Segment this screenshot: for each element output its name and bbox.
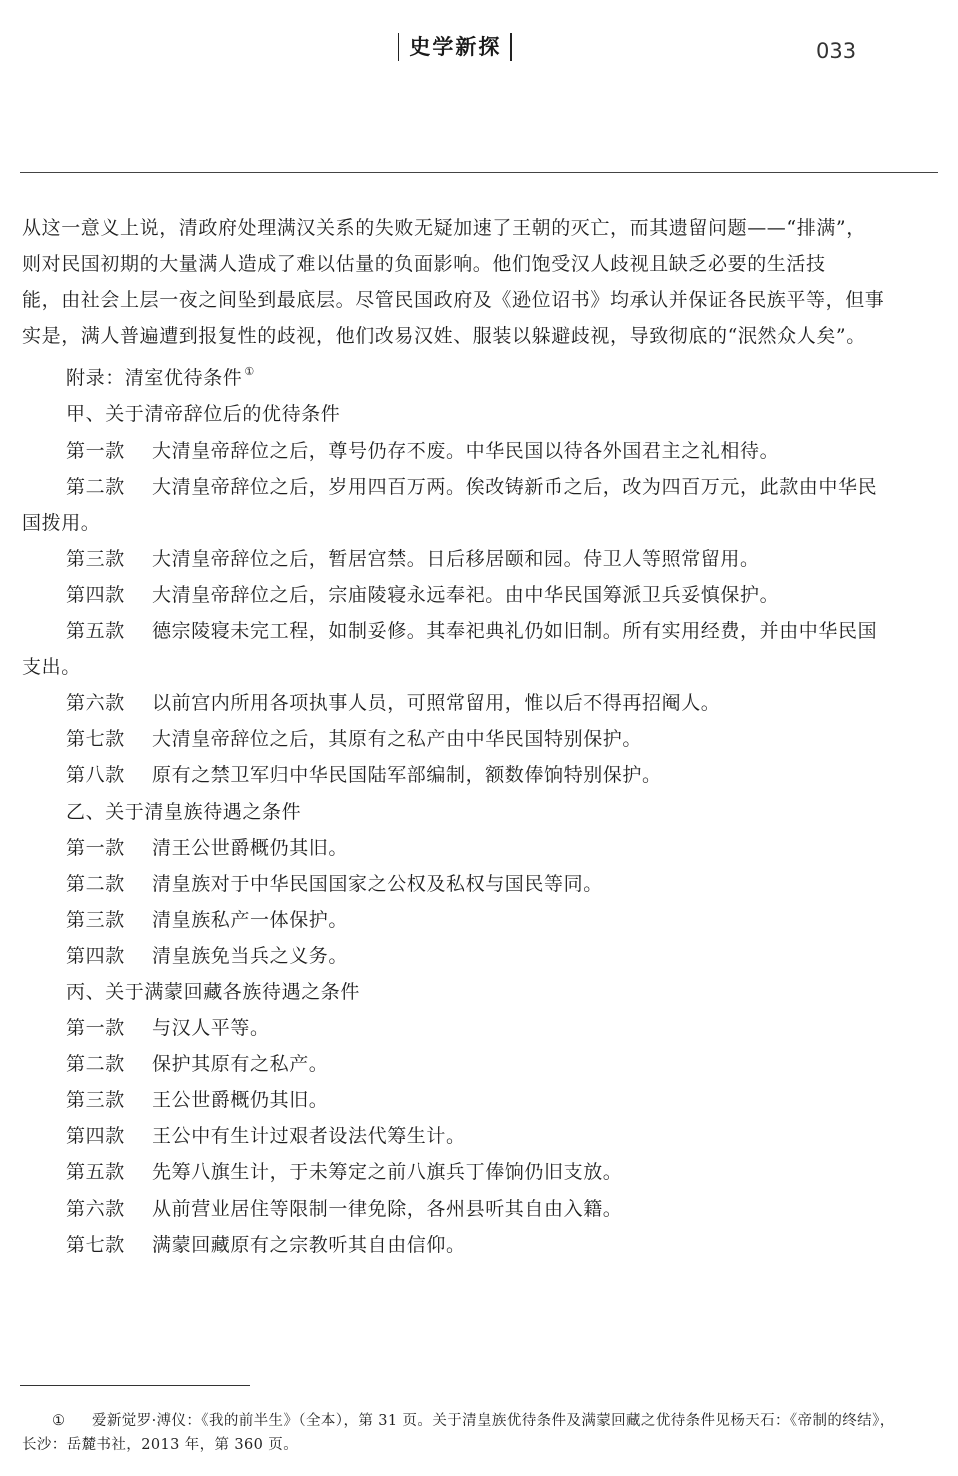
intro-line: 则对民国初期的大量满人造成了难以估量的负面影响。他们饱受汉人歧视且缺乏必要的生活… xyxy=(22,246,938,282)
appendix-title: 附录：清室优待条件① xyxy=(22,354,938,396)
clause-label: 第一款 xyxy=(66,433,152,469)
footnotes: ①爱新觉罗·溥仪：《我的前半生》（全本），第 31 页。关于清皇族优待条件及满蒙… xyxy=(22,1409,938,1457)
clause: 第八款原有之禁卫军归中华民国陆军部编制，额数俸饷特别保护。 xyxy=(22,757,938,793)
clause: 第六款以前宫内所用各项执事人员，可照常留用，惟以后不得再招阉人。 xyxy=(22,685,938,721)
clause: 第三款王公世爵概仍其旧。 xyxy=(22,1082,938,1118)
page-number: 033 xyxy=(816,39,856,63)
clause-text: 保护其原有之私产。 xyxy=(152,1053,328,1075)
clause-text: 清皇族对于中华民国国家之公权及私权与国民等同。 xyxy=(152,873,603,895)
footnote-mark: ① xyxy=(22,1409,74,1433)
clause-text: 先筹八旗生计，于未筹定之前八旗兵丁俸饷仍旧支放。 xyxy=(152,1161,622,1183)
clause-label: 第一款 xyxy=(66,830,152,866)
clause: 第三款清皇族私产一体保护。 xyxy=(22,902,938,938)
clause: 第二款保护其原有之私产。 xyxy=(22,1046,938,1082)
clause-text: 王公世爵概仍其旧。 xyxy=(152,1089,328,1111)
clause-label: 第三款 xyxy=(66,902,152,938)
clause-label: 第四款 xyxy=(66,577,152,613)
clause-label: 第七款 xyxy=(66,1227,152,1263)
clause-text: 原有之禁卫军归中华民国陆军部编制，额数俸饷特别保护。 xyxy=(152,764,662,786)
footnote-continuation: 长沙：岳麓书社，2013 年，第 360 页。 xyxy=(22,1433,938,1457)
clause-text: 大清皇帝辞位之后，其原有之私产由中华民国特别保护。 xyxy=(152,728,642,750)
body-text: 从这一意义上说，清政府处理满汉关系的失败无疑加速了王朝的灭亡，而其遗留问题——“… xyxy=(22,210,938,1263)
clause: 第七款满蒙回藏原有之宗教听其自由信仰。 xyxy=(22,1227,938,1263)
clause: 第一款与汉人平等。 xyxy=(22,1010,938,1046)
clause-text: 以前宫内所用各项执事人员，可照常留用，惟以后不得再招阉人。 xyxy=(152,692,720,714)
clause-label: 第五款 xyxy=(66,1154,152,1190)
section-heading: 丙、关于满蒙回藏各族待遇之条件 xyxy=(22,974,938,1010)
clause-text: 与汉人平等。 xyxy=(152,1017,270,1039)
clause-text: 大清皇帝辞位之后，宗庙陵寝永远奉祀。由中华民国筹派卫兵妥慎保护。 xyxy=(152,584,779,606)
clause-text: 清皇族私产一体保护。 xyxy=(152,909,348,931)
clause-text: 满蒙回藏原有之宗教听其自由信仰。 xyxy=(152,1234,466,1256)
footnote-text: 爱新觉罗·溥仪：《我的前半生》（全本），第 31 页。关于清皇族优待条件及满蒙回… xyxy=(74,1413,895,1429)
clause-label: 第二款 xyxy=(66,866,152,902)
clause-text: 德宗陵寝未完工程，如制妥修。其奉祀典礼仍如旧制。所有实用经费，并由中华民国 xyxy=(152,620,877,642)
section-heading: 甲、关于清帝辞位后的优待条件 xyxy=(22,396,938,432)
section-heading: 乙、关于清皇族待遇之条件 xyxy=(22,794,938,830)
intro-line: 实是，满人普遍遭到报复性的歧视，他们改易汉姓、服装以躲避歧视，导致彻底的“泯然众… xyxy=(22,318,938,354)
clause-label: 第四款 xyxy=(66,938,152,974)
clause-text: 清王公世爵概仍其旧。 xyxy=(152,837,348,859)
clause: 第四款王公中有生计过艰者设法代筹生计。 xyxy=(22,1118,938,1154)
clause-label: 第三款 xyxy=(66,1082,152,1118)
clause-label: 第二款 xyxy=(66,1046,152,1082)
clause: 第一款清王公世爵概仍其旧。 xyxy=(22,830,938,866)
clause: 第二款大清皇帝辞位之后，岁用四百万两。俟改铸新币之后，改为四百万元，此款由中华民 xyxy=(22,469,938,505)
clause: 第七款大清皇帝辞位之后，其原有之私产由中华民国特别保护。 xyxy=(22,721,938,757)
clause: 第三款大清皇帝辞位之后，暂居宫禁。日后移居颐和园。侍卫人等照常留用。 xyxy=(22,541,938,577)
clause-text: 王公中有生计过艰者设法代筹生计。 xyxy=(152,1125,466,1147)
clause: 第五款先筹八旗生计，于未筹定之前八旗兵丁俸饷仍旧支放。 xyxy=(22,1154,938,1190)
clause-text: 大清皇帝辞位之后，尊号仍存不废。中华民国以待各外国君主之礼相待。 xyxy=(152,440,779,462)
clause-label: 第八款 xyxy=(66,757,152,793)
clause: 第二款清皇族对于中华民国国家之公权及私权与国民等同。 xyxy=(22,866,938,902)
clause-label: 第二款 xyxy=(66,469,152,505)
header-divider xyxy=(20,172,938,173)
clause-label: 第七款 xyxy=(66,721,152,757)
clause-continuation: 国拨用。 xyxy=(22,505,938,541)
clause-label: 第三款 xyxy=(66,541,152,577)
clause-text: 大清皇帝辞位之后，暂居宫禁。日后移居颐和园。侍卫人等照常留用。 xyxy=(152,548,760,570)
clause: 第四款清皇族免当兵之义务。 xyxy=(22,938,938,974)
footnote: ①爱新觉罗·溥仪：《我的前半生》（全本），第 31 页。关于清皇族优待条件及满蒙… xyxy=(22,1409,938,1433)
clause-label: 第六款 xyxy=(66,685,152,721)
clause-text: 清皇族免当兵之义务。 xyxy=(152,945,348,967)
clause: 第六款从前营业居住等限制一律免除，各州县听其自由入籍。 xyxy=(22,1191,938,1227)
footnote-divider xyxy=(20,1385,250,1386)
page-header: 史学新探 033 xyxy=(0,30,958,66)
clause: 第四款大清皇帝辞位之后，宗庙陵寝永远奉祀。由中华民国筹派卫兵妥慎保护。 xyxy=(22,577,938,613)
clause-label: 第四款 xyxy=(66,1118,152,1154)
clause-label: 第六款 xyxy=(66,1191,152,1227)
clause: 第一款大清皇帝辞位之后，尊号仍存不废。中华民国以待各外国君主之礼相待。 xyxy=(22,433,938,469)
running-title: 史学新探 xyxy=(398,33,512,61)
title-right-bar xyxy=(510,33,511,61)
intro-line: 从这一意义上说，清政府处理满汉关系的失败无疑加速了王朝的灭亡，而其遗留问题——“… xyxy=(22,210,938,246)
clause-label: 第五款 xyxy=(66,613,152,649)
clause: 第五款德宗陵寝未完工程，如制妥修。其奉祀典礼仍如旧制。所有实用经费，并由中华民国 xyxy=(22,613,938,649)
footnote-ref[interactable]: ① xyxy=(244,365,254,378)
clause-text: 从前营业居住等限制一律免除，各州县听其自由入籍。 xyxy=(152,1198,622,1220)
appendix-title-text: 附录：清室优待条件 xyxy=(66,367,242,389)
intro-line: 能，由社会上层一夜之间坠到最底层。尽管民国政府及《逊位诏书》均承认并保证各民族平… xyxy=(22,282,938,318)
clause-label: 第一款 xyxy=(66,1010,152,1046)
clause-text: 大清皇帝辞位之后，岁用四百万两。俟改铸新币之后，改为四百万元，此款由中华民 xyxy=(152,476,877,498)
running-title-text: 史学新探 xyxy=(399,33,510,61)
clause-continuation: 支出。 xyxy=(22,649,938,685)
